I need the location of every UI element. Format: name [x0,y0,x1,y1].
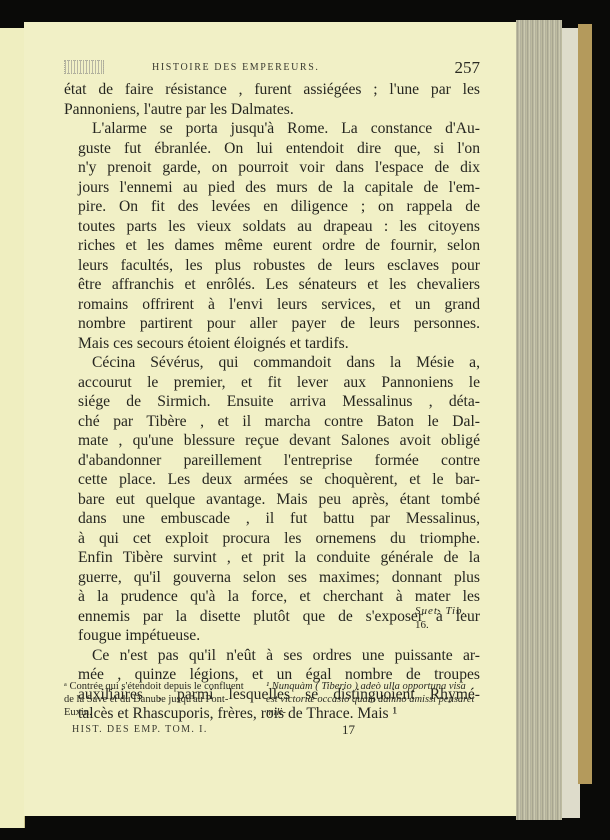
text-line: leurs facultés, les plus robustes de leu… [64,256,480,276]
page-number: 257 [455,58,481,78]
text-line: pire. On fit des levées en diligence ; o… [64,197,480,217]
footnote-a: ᵃ Contrée qui s'étendoit depuis le confl… [64,680,256,719]
paragraph: état de faire résistance , furent assiég… [64,80,480,119]
signature-number: 17 [342,722,355,738]
text-line: Mais ces secours étoient éloignés et tar… [64,334,480,354]
library-stamp-icon [64,60,104,74]
text-line: L'alarme se porta jusqu'à Rome. La const… [64,119,480,139]
text-line: toutes parts les vieux soldats au drapea… [64,217,480,237]
text-line: bare eut quelque avantage. Mais peu aprè… [64,490,480,510]
text-line: dans une embuscade , il fut battu par Me… [64,509,480,529]
text-line: ché par Tibère , et il marcha contre Bat… [64,412,480,432]
facing-page-edge [0,28,25,828]
book-cover-edge [578,24,592,784]
text-line: romains offrirent à l'envi leurs service… [64,295,480,315]
text-line: état de faire résistance , furent assiég… [64,80,480,100]
text-line: guerre, qu'il gouverna selon ses maximes… [64,568,480,588]
text-line: nombre partirent pour aller payer de leu… [64,314,480,334]
text-line: être affranchis et enrôlés. Les sénateur… [64,275,480,295]
page-block-edges [516,20,562,820]
text-line: jours l'ennemi au pied des murs de la ca… [64,178,480,198]
page-header: HISTOIRE DES EMPEREURS. 257 [64,58,480,80]
paragraph: L'alarme se porta jusqu'à Rome. La const… [64,119,480,353]
text-line: mate , qu'une blessure reçue devant Salo… [64,431,480,451]
text-line: guste fut ébranlée. On lui entendoit dir… [64,139,480,159]
text-line: Ce n'est pas qu'il n'eût à ses ordres un… [64,646,480,666]
text-line: siége de Sirmich. Ensuite arriva Messali… [64,392,480,412]
text-line: accourut le premier, et fit lever aux Pa… [64,373,480,393]
margin-note-ref: Suet. Tib. [415,604,466,618]
signature-mark: HIST. DES EMP. TOM. I. [72,724,208,735]
text-line: cette place. Les deux armées se choquère… [64,470,480,490]
text-line: Pannoniens, l'autre par les Dalmates. [64,100,480,120]
text-line: n'y prenoit garde, on pourroit voir dans… [64,158,480,178]
margin-note-num: 16. [415,618,466,632]
text-line: riches et les dames même eurent ordre de… [64,236,480,256]
running-title: HISTOIRE DES EMPEREURS. [152,62,319,73]
footnote-1: ¹ Nunquàm ( Tiberio ) adeò ulla opportun… [266,680,480,719]
text-line: d'abandonner pareillement l'entreprise f… [64,451,480,471]
text-line: Enfin Tibère survint , et prit la condui… [64,548,480,568]
paragraph: Cécina Sévérus, qui commandoit dans la M… [64,353,480,646]
margin-note: Suet. Tib. 16. [415,604,466,632]
text-line: à qui cet exploit procura les ornemens d… [64,529,480,549]
text-line: Cécina Sévérus, qui commandoit dans la M… [64,353,480,373]
